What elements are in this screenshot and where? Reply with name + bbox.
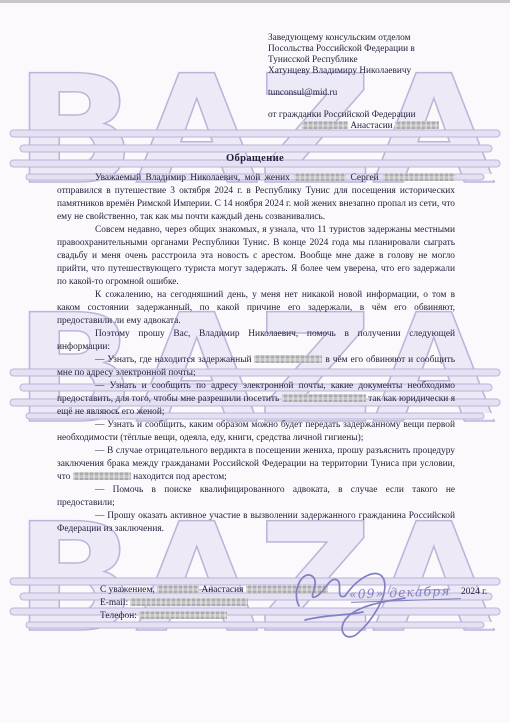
recipient-line: Хатунцеву Владимиру Николаевичу bbox=[268, 66, 473, 77]
paragraph: Уважаемый Владимир Николаевич, мой жених… bbox=[57, 172, 455, 224]
paragraph: — Узнать и сообщить по адресу электронно… bbox=[57, 380, 455, 419]
text-segment: Поэтому прошу Вас, Владимир Николаевич, … bbox=[57, 329, 455, 352]
text-segment: — Прошу оказать активное участие в вызво… bbox=[57, 511, 455, 534]
letter-content: Заведующему консульским отделом Посольст… bbox=[0, 0, 510, 723]
text-segment: Анастасия bbox=[201, 585, 243, 595]
redaction bbox=[294, 173, 346, 181]
paragraph: — Узнать, где находится задержанный в чё… bbox=[57, 354, 455, 380]
from-line: от гражданки Российской Федерации bbox=[268, 110, 473, 121]
letter-title: Обращение bbox=[0, 153, 510, 164]
signature-area: «09» декабря 2024 г. bbox=[285, 558, 505, 648]
date-year: 2024 г. bbox=[461, 587, 487, 597]
text-segment: находится под арестом; bbox=[133, 472, 227, 482]
text-segment: Сергей bbox=[351, 173, 379, 183]
text-segment: Совсем недавно, через общих знакомых, я … bbox=[57, 225, 455, 287]
paragraph: Поэтому прошу Вас, Владимир Николаевич, … bbox=[57, 328, 455, 354]
redaction bbox=[130, 598, 248, 606]
text-segment: Телефон: bbox=[100, 611, 137, 621]
redaction bbox=[254, 355, 322, 363]
redaction bbox=[139, 611, 227, 619]
redaction bbox=[395, 121, 439, 129]
paragraph: — Прошу оказать активное участие в вызво… bbox=[57, 510, 455, 536]
text-segment: Анастасии bbox=[350, 121, 392, 131]
text-segment: К сожалению, на сегодняшний день, у меня… bbox=[57, 290, 455, 326]
recipient-line: Тунисской Республике bbox=[268, 55, 473, 66]
redaction bbox=[157, 585, 199, 593]
paragraph: Совсем недавно, через общих знакомых, я … bbox=[57, 224, 455, 289]
recipient-line: Заведующему консульским отделом bbox=[268, 33, 473, 44]
paragraph: — Узнать и сообщить, каким образом можно… bbox=[57, 419, 455, 445]
text-segment: — Узнать, где находится задержанный bbox=[95, 355, 252, 365]
text-segment: С уважением, bbox=[100, 585, 155, 595]
paragraph: К сожалению, на сегодняшний день, у меня… bbox=[57, 289, 455, 328]
document-page: BAZA Заведующему консульским отделом Пос… bbox=[0, 0, 510, 723]
recipient-line: Посольства Российской Федерации в bbox=[268, 44, 473, 55]
redaction bbox=[73, 472, 131, 480]
text-segment: — Помочь в поиске квалифицированного адв… bbox=[57, 485, 455, 508]
from-name-line: Анастасии bbox=[268, 121, 473, 132]
recipient-block: Заведующему консульским отделом Посольст… bbox=[268, 33, 473, 132]
redaction bbox=[282, 394, 366, 402]
text-segment: Уважаемый Владимир Николаевич, мой жених bbox=[95, 173, 290, 183]
recipient-email: tunconsul@mid.ru bbox=[268, 88, 473, 99]
redaction bbox=[302, 121, 348, 129]
letter-body: Уважаемый Владимир Николаевич, мой жених… bbox=[57, 172, 455, 536]
text-segment: отправился в путешествие 3 октября 2024 … bbox=[57, 186, 455, 222]
text-segment: — Узнать и сообщить, каким образом можно… bbox=[57, 420, 455, 443]
text-segment: E-mail: bbox=[100, 598, 128, 608]
redaction bbox=[383, 173, 455, 181]
paragraph: — В случае отрицательного вердикта в пос… bbox=[57, 445, 455, 484]
paragraph: — Помочь в поиске квалифицированного адв… bbox=[57, 484, 455, 510]
